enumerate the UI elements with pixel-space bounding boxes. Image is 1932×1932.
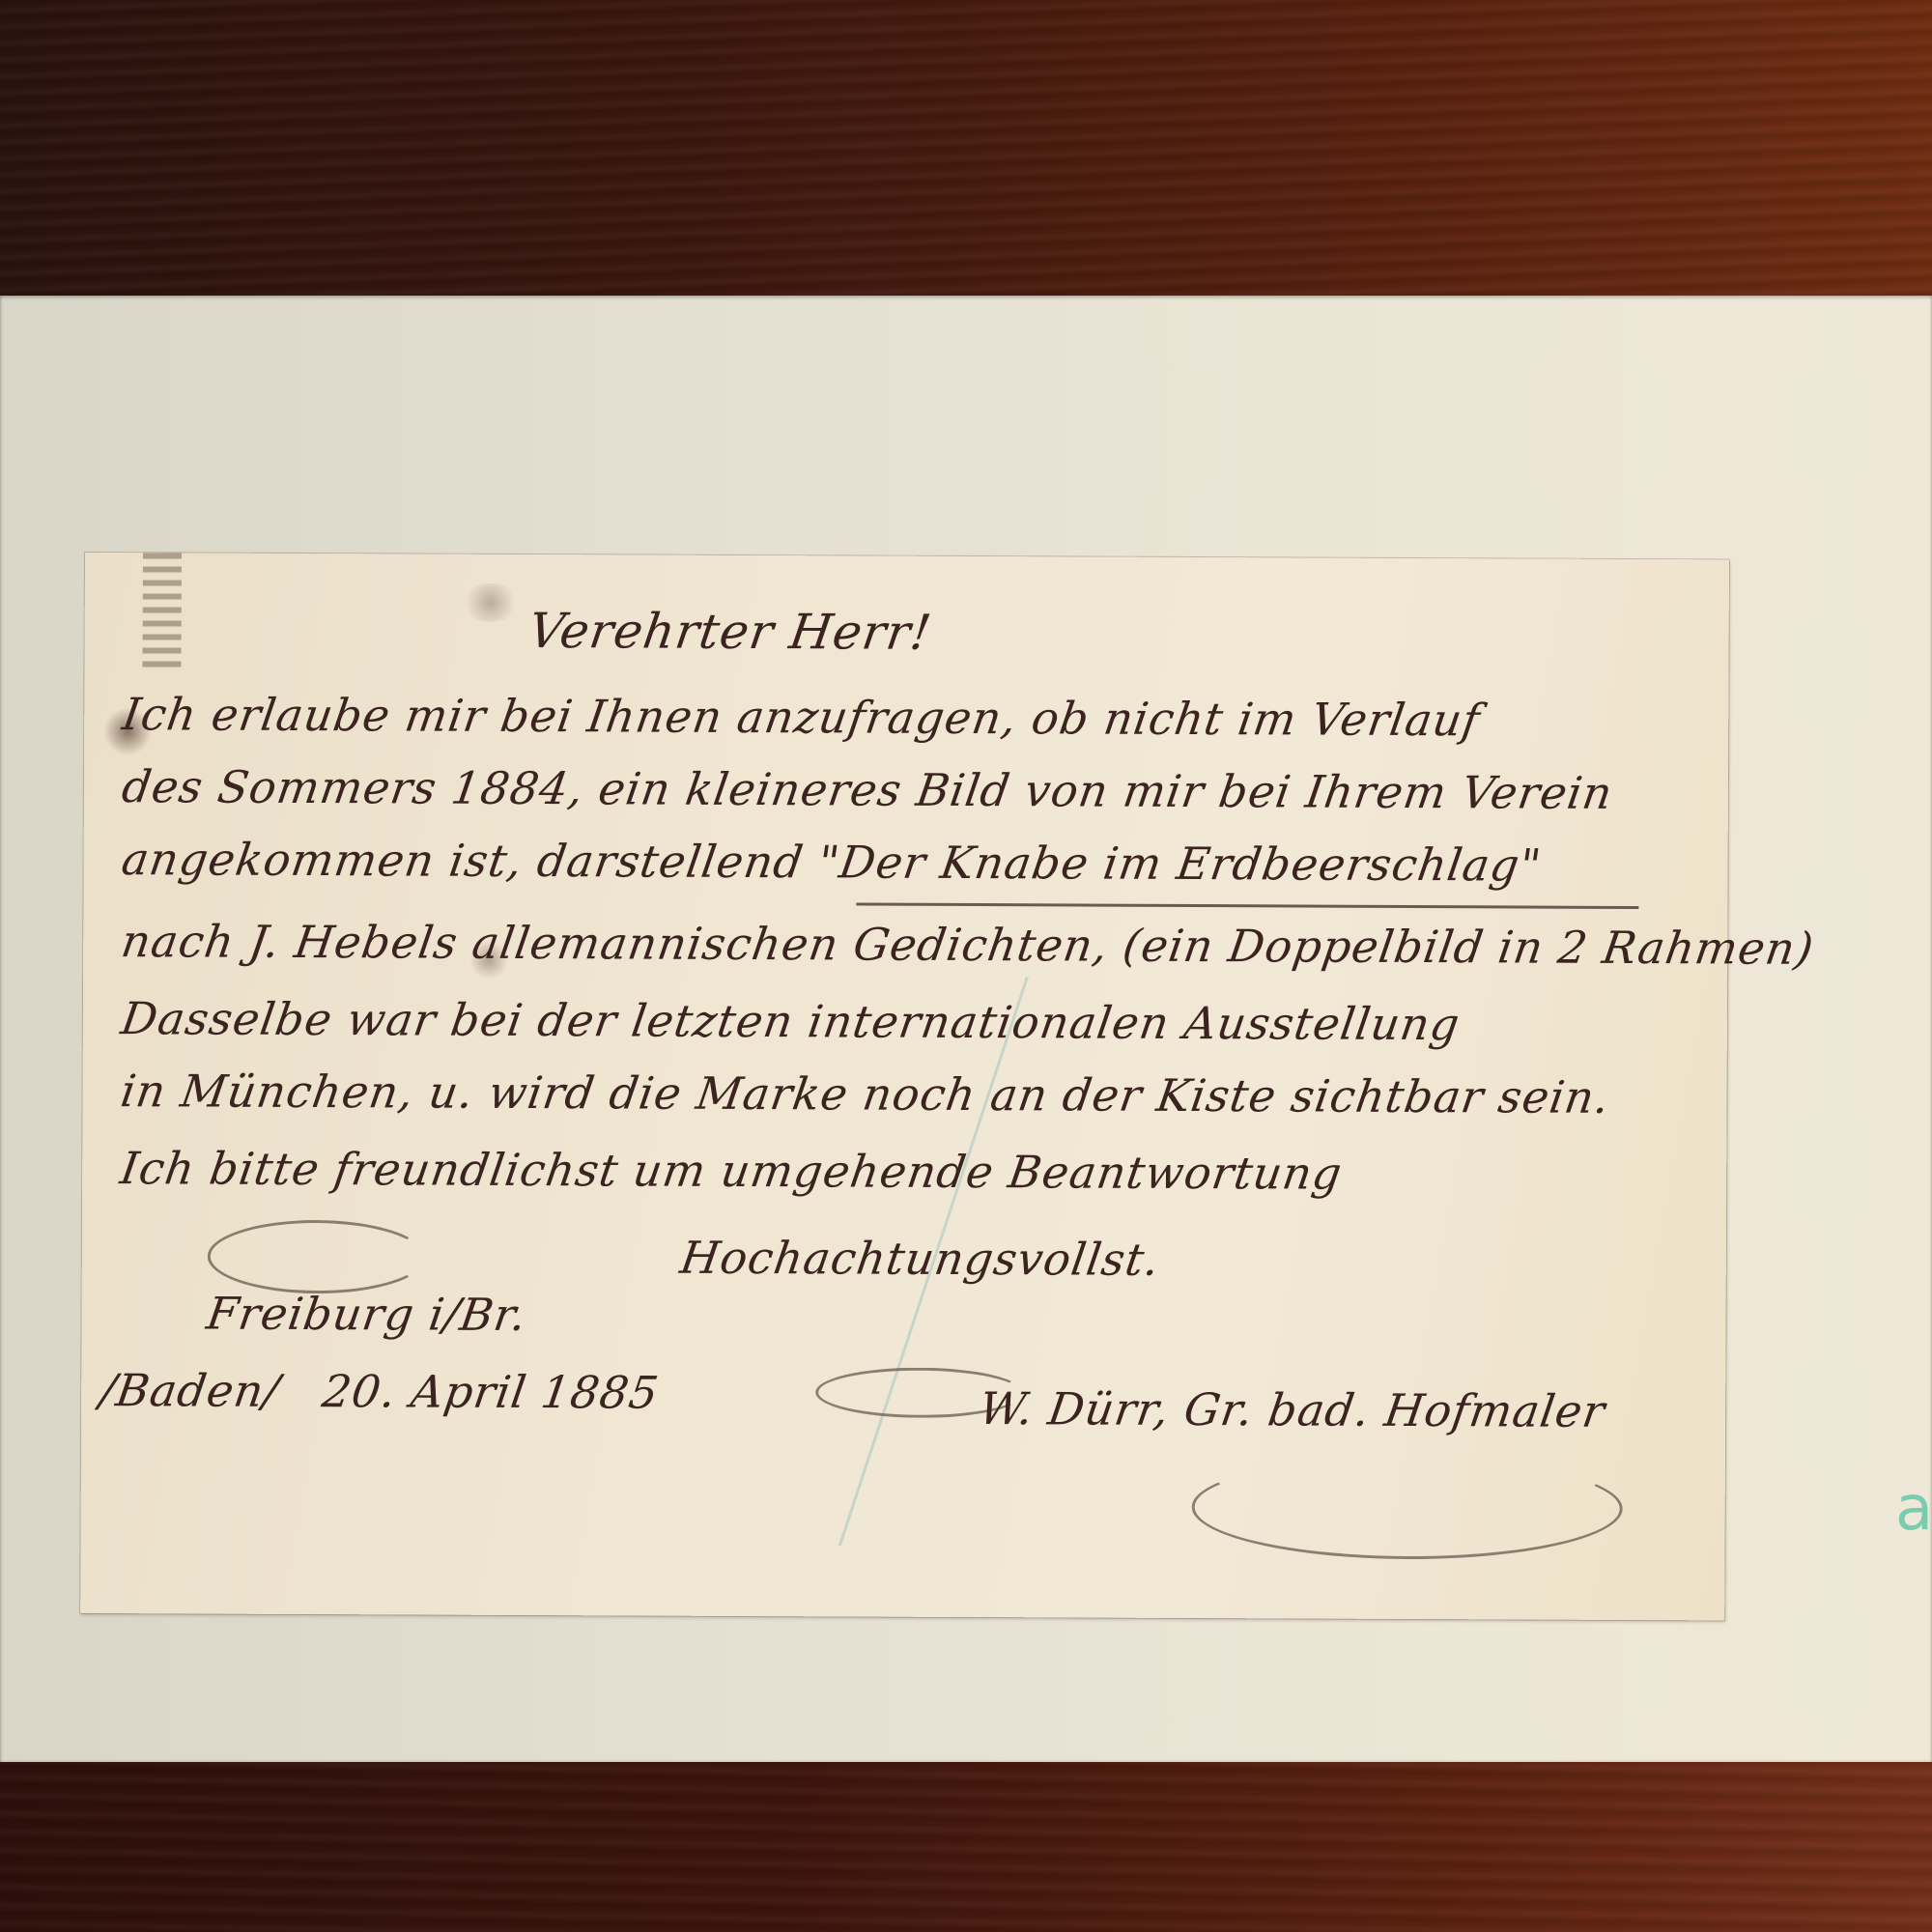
margin-pencil-mark: a	[1895, 1473, 1932, 1545]
signature-underflourish	[1191, 1456, 1622, 1560]
body-line-3: angekommen ist, darstellend "Der Knabe i…	[119, 833, 1546, 891]
postcard: Verehrter Herr! Ich erlaube mir bei Ihne…	[80, 553, 1729, 1620]
closing: Hochachtungsvollst.	[677, 1232, 1163, 1286]
postmark-stamp-trace	[142, 553, 182, 668]
wooden-table-bottom	[0, 1762, 1932, 1932]
salutation: Verehrter Herr!	[525, 603, 935, 661]
body-line-3-text: angekommen ist, darstellend "Der Knabe i…	[119, 833, 1546, 891]
wooden-table-top	[0, 0, 1932, 298]
body-line-7: Ich bitte freundlichst um umgehende Bean…	[117, 1142, 1346, 1199]
title-underline	[856, 898, 1638, 909]
body-line-4: nach J. Hebels allemannischen Gedichten,…	[118, 915, 1817, 975]
flourish	[208, 1220, 426, 1294]
body-line-1: Ich erlaube mir bei Ihnen anzufragen, ob…	[119, 688, 1484, 746]
ink-stain	[462, 583, 520, 622]
date: 20. April 1885	[319, 1365, 662, 1418]
place-line-2: /Baden/	[97, 1364, 283, 1417]
body-line-5: Dasselbe war bei der letzten internation…	[118, 992, 1463, 1050]
body-line-6: in München, u. wird die Marke noch an de…	[118, 1065, 1614, 1123]
place-line-1: Freiburg i/Br.	[204, 1288, 530, 1341]
signature: W. Dürr, Gr. bad. Hofmaler	[976, 1382, 1608, 1437]
body-line-2: des Sommers 1884, ein kleineres Bild von…	[119, 760, 1616, 819]
